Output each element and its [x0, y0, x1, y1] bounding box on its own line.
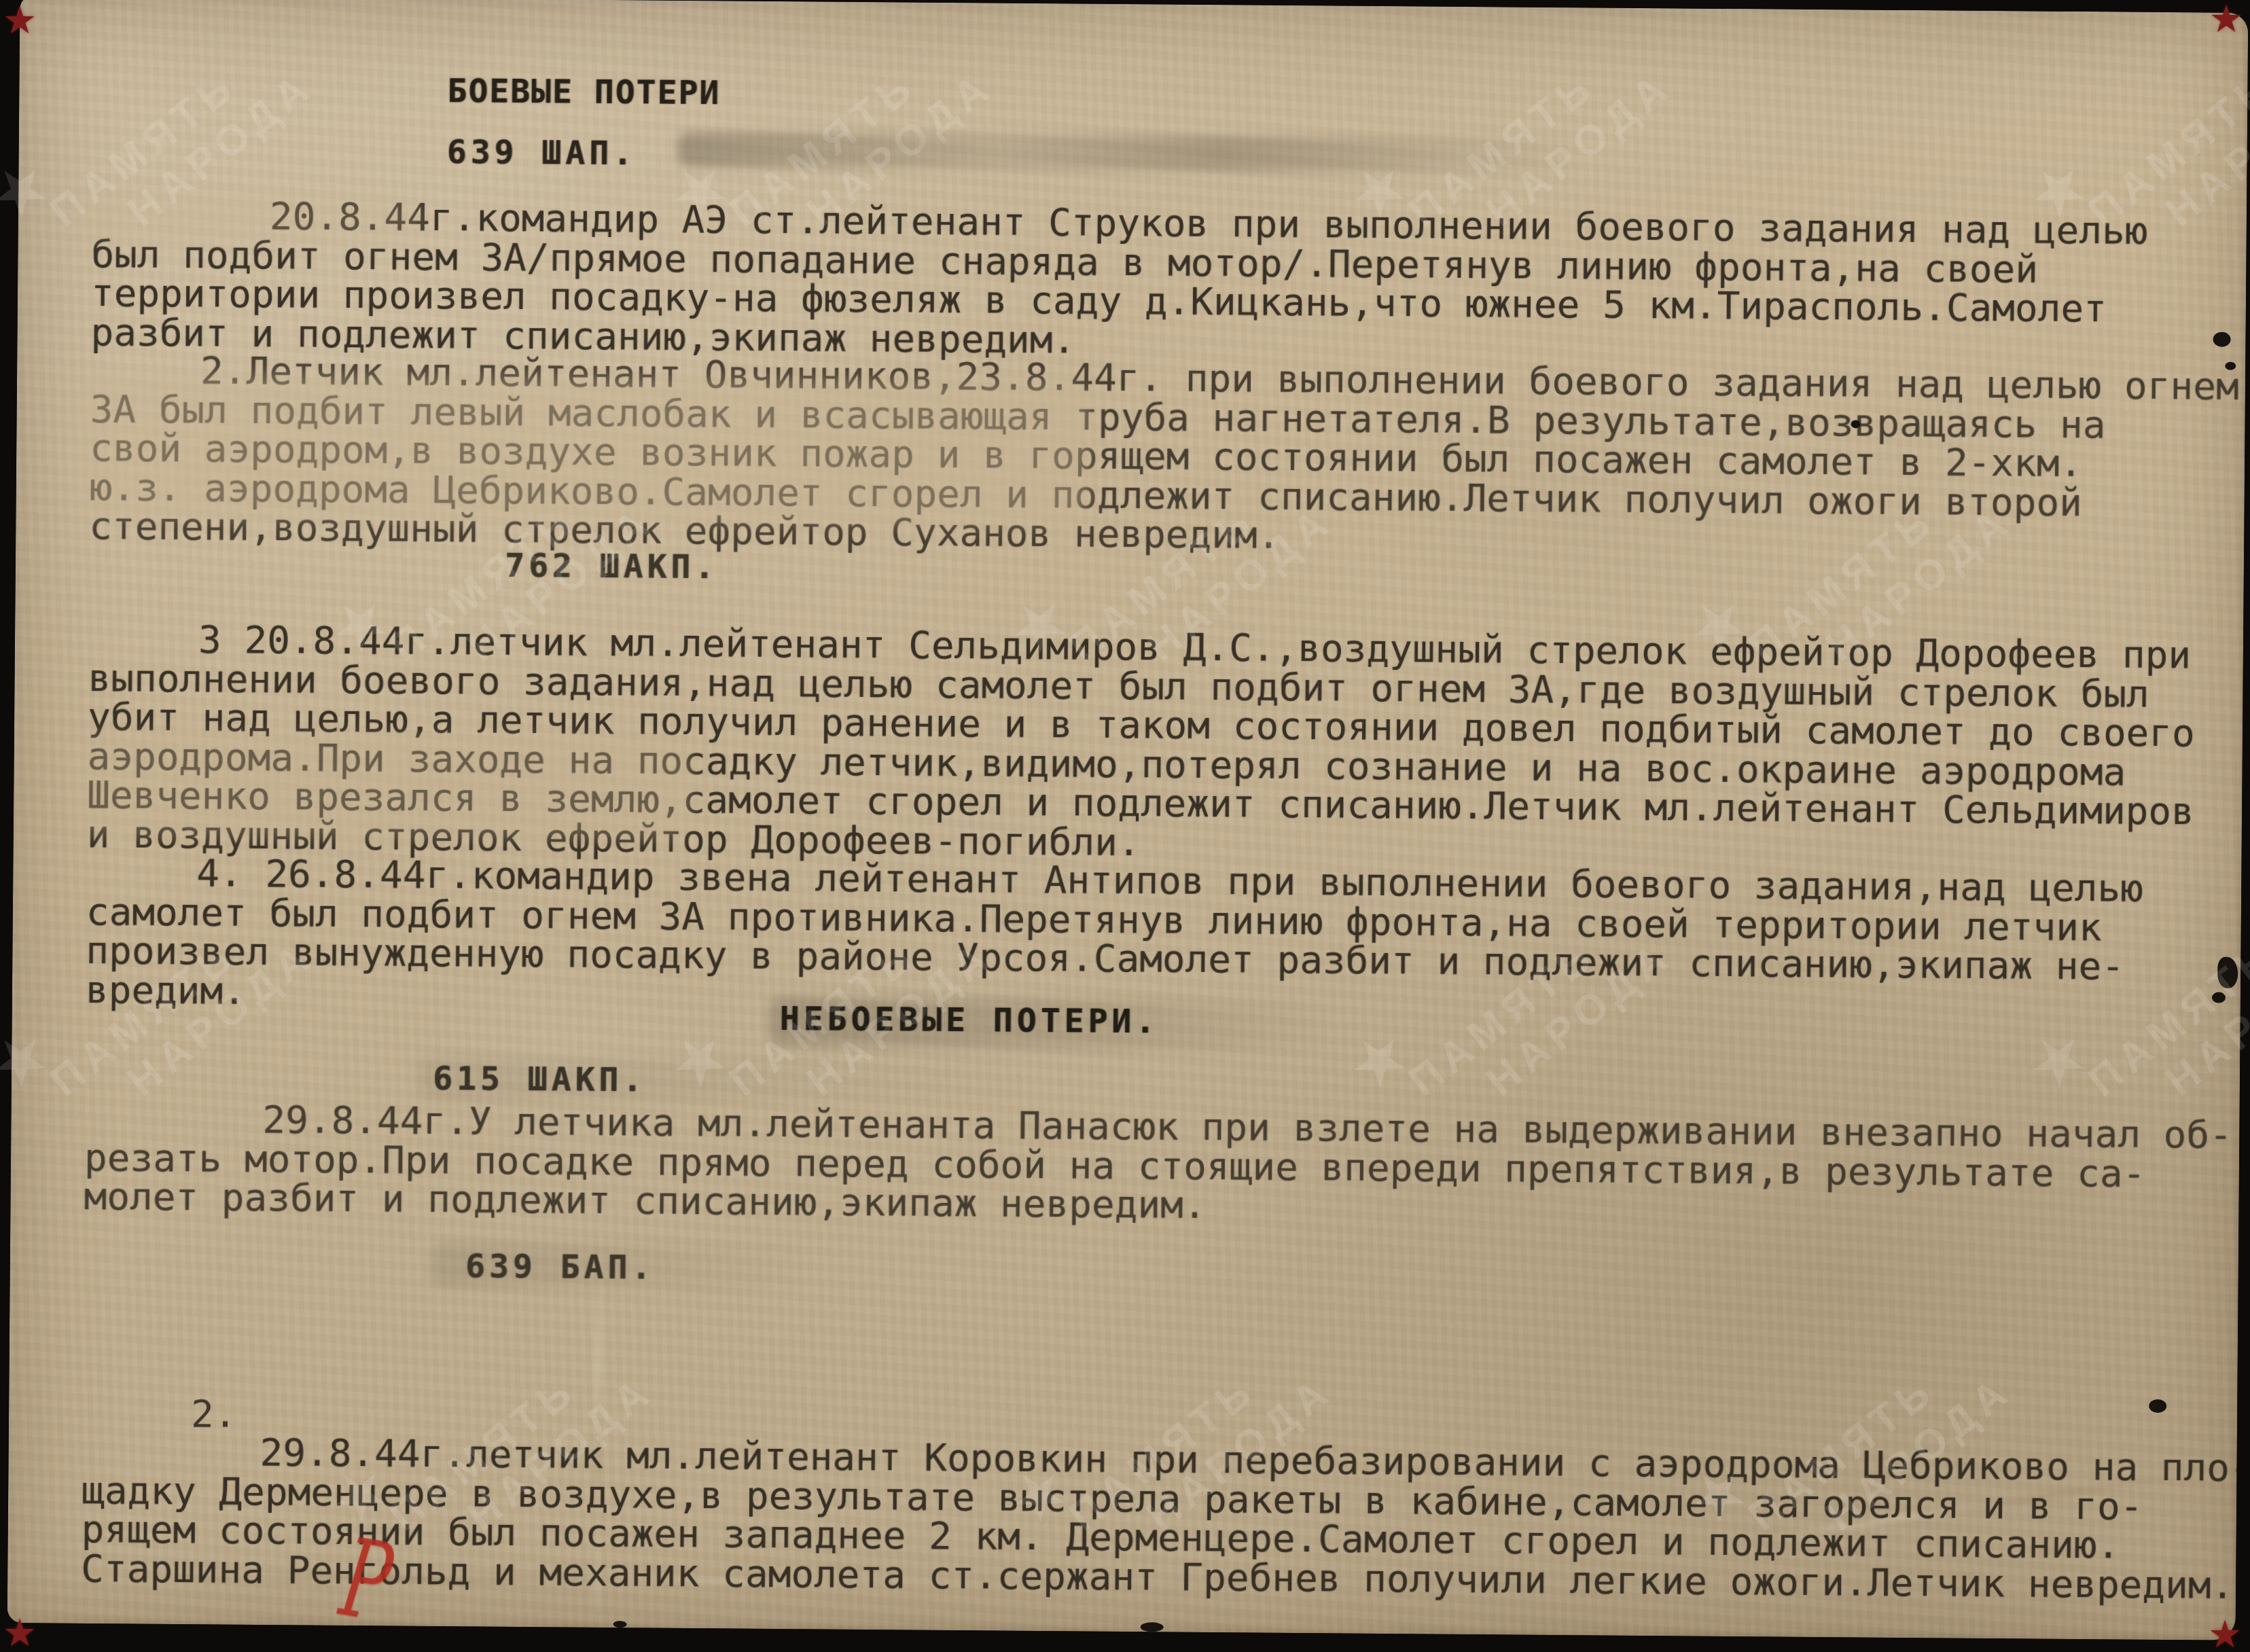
section-heading-639-shap: 639 ШАП. [446, 133, 637, 173]
ink-speck [2213, 332, 2230, 347]
corner-red-star-icon: ★ [3, 0, 37, 43]
doc-title: БОЕВЫЕ ПОТЕРИ [447, 72, 720, 112]
scan-background: БОЕВЫЕ ПОТЕРИ 639 ШАП. 762 ШАКП. НЕБОЕВЫ… [0, 0, 2250, 1652]
section-heading-615-shakp: 615 ШАКП. [433, 1060, 647, 1099]
ink-smudge [678, 132, 1588, 174]
paragraph-loss-4: 4. 26.8.44г.командир звена лейтенант Ант… [86, 853, 2247, 1026]
paragraph-loss-2: 2.Летчик мл.лейтенант Овчинников,23.8.44… [89, 351, 2248, 562]
ink-speck [2212, 992, 2226, 1003]
ink-speck [1141, 1622, 1164, 1632]
paragraph-loss-1: 20.8.44г.командир АЭ ст.лейтенант Струко… [90, 196, 2248, 369]
corner-red-star-icon: ★ [3, 1611, 37, 1652]
ink-speck [2149, 1399, 2166, 1413]
section-heading-639-bap: 639 БАП. [465, 1247, 656, 1287]
paragraph-number: 2. [191, 1392, 237, 1437]
ink-speck [1851, 420, 1861, 428]
paragraph-loss-3: 3 20.8.44г.летчик мл.лейтенант Сельдимир… [87, 619, 2249, 871]
ink-speck [2225, 362, 2236, 370]
paragraph-nonbattle-639: 29.8.44г.летчик мл.лейтенант Коровкин пр… [81, 1432, 2243, 1605]
corner-red-star-icon: ★ [2208, 1613, 2242, 1652]
document-page: БОЕВЫЕ ПОТЕРИ 639 ШАП. 762 ШАКП. НЕБОЕВЫ… [7, 0, 2249, 1640]
ink-speck [613, 1621, 627, 1628]
corner-red-star-icon: ★ [2209, 0, 2243, 41]
paragraph-nonbattle-615: 29.8.44г.У летчика мл.лейтенанта Панасюк… [84, 1099, 2245, 1233]
